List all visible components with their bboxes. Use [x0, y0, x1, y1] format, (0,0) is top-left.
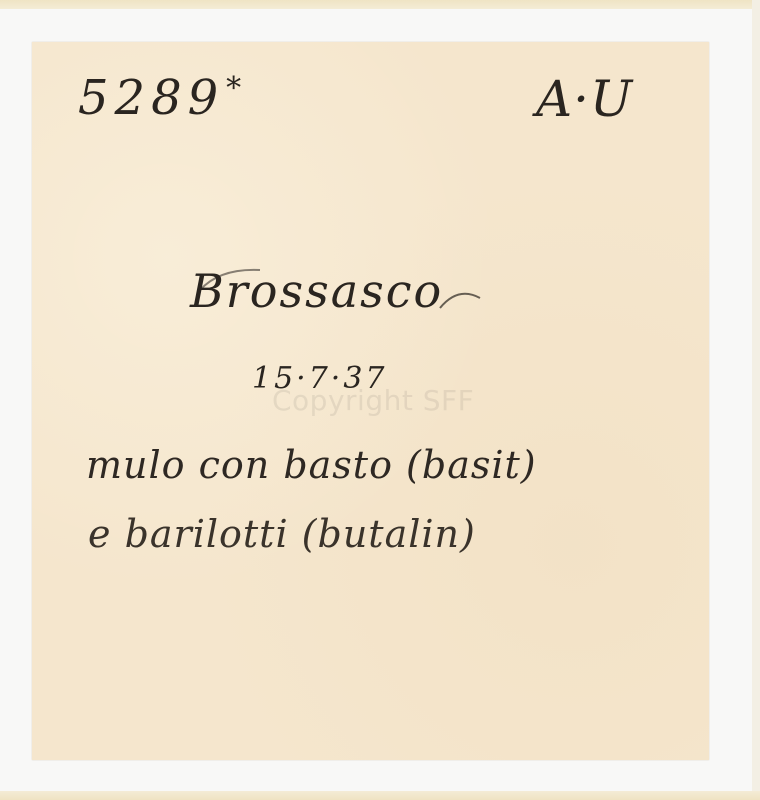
author-initials: A·U: [536, 74, 633, 124]
description-line-2: e barilotti (butalin): [88, 515, 476, 553]
copyright-watermark: Copyright SFF: [272, 384, 474, 417]
catalog-number-text: 5289: [78, 70, 224, 126]
bottom-edge-strip: [0, 791, 760, 800]
top-edge-strip: [0, 0, 760, 9]
star-mark-icon: *: [226, 71, 241, 106]
description-line-1: mulo con basto (basit): [86, 446, 537, 484]
place-name: Brossasco: [190, 268, 443, 314]
right-edge-strip: [752, 0, 760, 800]
catalog-number: 5289*: [78, 74, 241, 122]
